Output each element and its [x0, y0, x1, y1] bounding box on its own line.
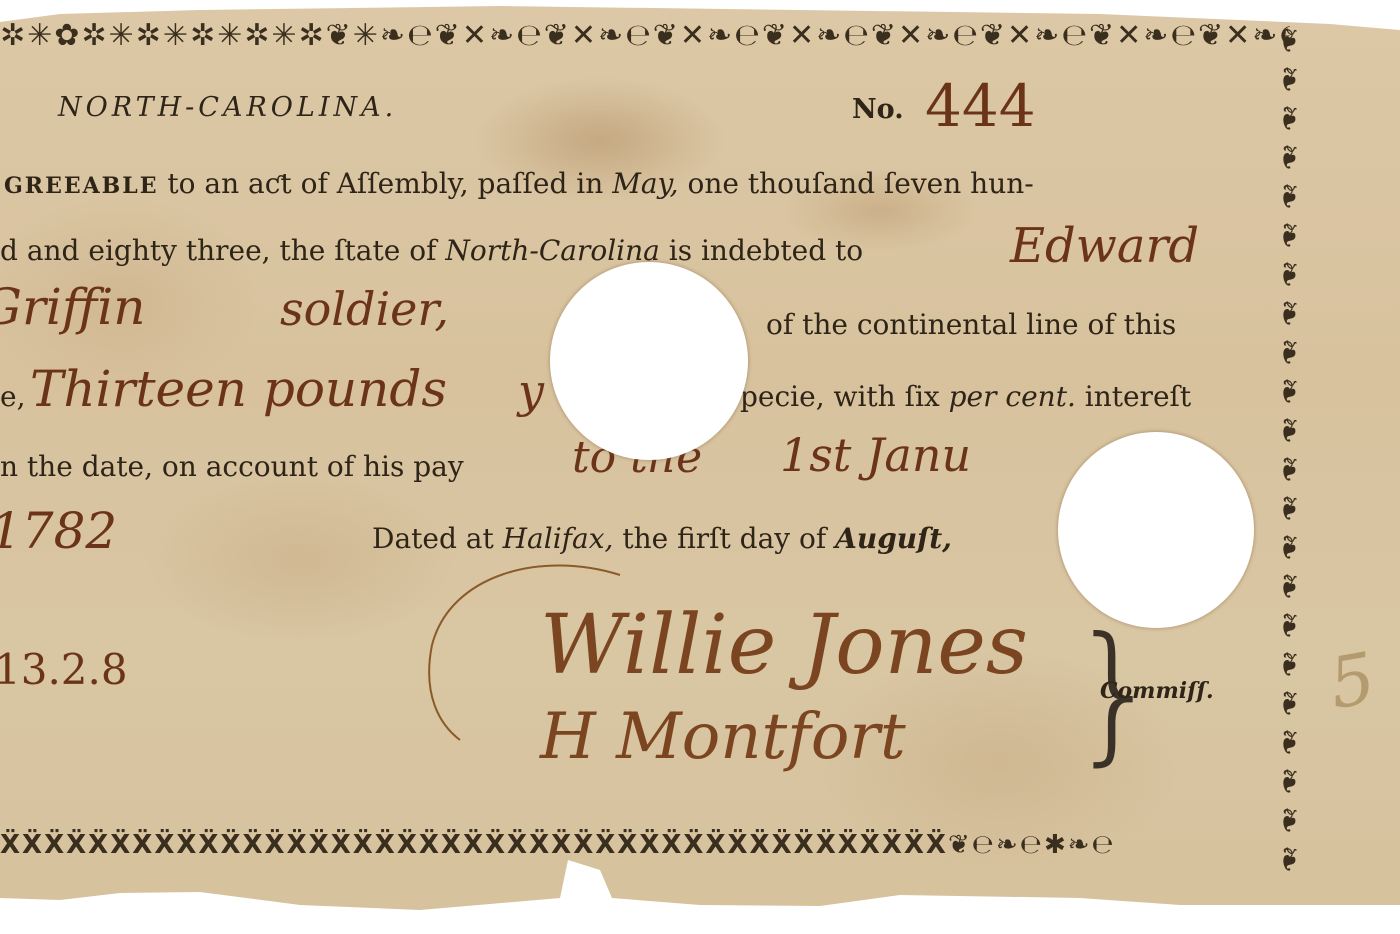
certificate-number-label: No. — [852, 94, 904, 125]
signature-montfort: H Montfort — [540, 700, 906, 774]
cancellation-hole-1 — [550, 262, 748, 460]
certificate-number: 444 — [925, 72, 1036, 140]
signature-willie-jones: Willie Jones — [540, 598, 1028, 693]
body-line-5: n the date, on account of his pay — [0, 450, 464, 483]
creditor-last-name: Griffin — [0, 278, 145, 336]
amount-tail: y — [518, 364, 544, 418]
body-line-2: d and eighty three, the ſtate of North-C… — [0, 234, 863, 267]
body-line-4-start: e, — [0, 380, 25, 413]
pay-date-handwritten: 1st Janu — [780, 428, 971, 482]
ornamental-border-bottom: ẌẌẌẌẌẌẌẌẌẌẌẌẌẌẌẌẌẌẌẌẌẌẌẌẌẌẌẌẌẌẌẌẌẌẌẌẌẌẌẌ… — [0, 822, 1300, 872]
creditor-rank: soldier, — [280, 282, 449, 336]
cancellation-hole-2 — [1058, 432, 1254, 628]
ornamental-border-right: ❧❧ ❧❧ ❧❧ ❧❧ ❧❧ ❧❧ ❧❧ ❧❧ ❧❧ ❧❧ ❧❧ — [1268, 22, 1308, 877]
body-line-1: GREEABLE to an aƈt of Aſſembly, paſſed i… — [4, 167, 1034, 200]
ornamental-border-top: ✲✳✿✲✳✲✳✲✳✲✳✲❦✳❧℮❦✕❧℮❦✕❧℮❦✕❧℮❦✕❧℮❦✕❧℮❦✕❧℮… — [0, 18, 1290, 54]
year-handwritten: 1782 — [0, 502, 117, 560]
creditor-first-name: Edward — [1010, 218, 1199, 274]
amount-handwritten: Thirteen pounds — [30, 360, 447, 418]
state-heading: NORTH-CAROLINA. — [58, 92, 397, 123]
body-line-3: of the continental line of this — [766, 308, 1176, 341]
dated-line: Dated at Halifax, the firſt day of Auguſ… — [372, 522, 952, 555]
commissioners-label: Commiſſ. — [1100, 678, 1214, 704]
sum-handwritten: 13.2.8 — [0, 645, 128, 694]
body-line-4: pecie, with ſix per cent. intereſt — [740, 380, 1191, 413]
